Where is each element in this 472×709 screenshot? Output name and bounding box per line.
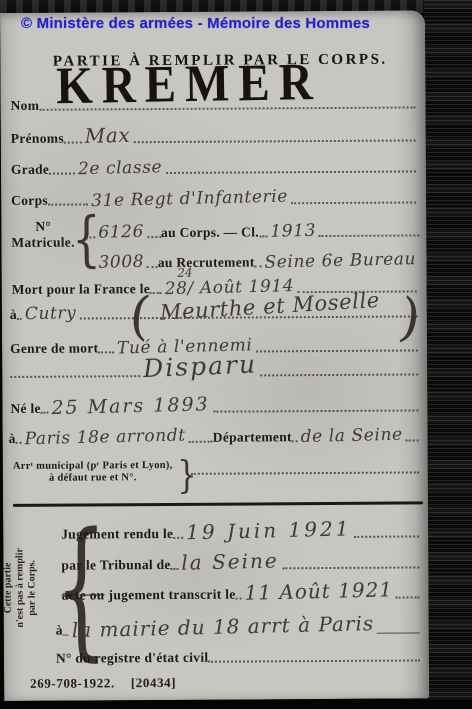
dotted-line — [291, 201, 416, 204]
field-grade: Grade 2e classe — [11, 149, 416, 177]
side-note-line2: n'est pas à remplir — [14, 512, 27, 664]
dotted-line — [166, 170, 416, 174]
dotted-line — [49, 173, 75, 175]
mairie-label: à — [56, 623, 63, 639]
dotted-line — [319, 234, 420, 237]
dotted-line — [189, 441, 213, 443]
dotted-line — [236, 598, 242, 600]
arr-label-line1: Arrᵗ municipal (pʳ Paris et Lyon), — [9, 460, 177, 473]
au-recrutement-label: au Recrutement — [158, 254, 255, 271]
dotted-line — [191, 471, 419, 474]
arr-municipal-label-block: Arrᵗ municipal (pʳ Paris et Lyon), à déf… — [9, 460, 177, 485]
field-registre: N° du registre d'état civil — [56, 638, 420, 666]
record-card: PARTIE À REMPLIR PAR LE CORPS. KREMER No… — [0, 10, 429, 701]
matricule-corps-value: 6126 — [95, 222, 147, 243]
mairie-value: la mairie du 18 arrt à Paris — [69, 611, 378, 642]
lieu-value: Cutry — [22, 303, 80, 324]
ne-lieu-label: à — [9, 431, 16, 447]
microfilm-right-strip — [424, 0, 472, 709]
dotted-line — [406, 439, 419, 441]
transcrit-label-struck: acte ou — [62, 587, 105, 603]
dotted-line — [173, 537, 183, 539]
recrutement-number: 3008 — [95, 252, 147, 273]
nom-label: Nom — [11, 98, 40, 114]
jugement-label: Jugement rendu le — [61, 526, 173, 543]
dotted-line — [208, 659, 420, 662]
prenoms-label: Prénoms — [11, 131, 64, 147]
dotted-line — [260, 373, 418, 376]
field-mairie: à la mairie du 18 arrt à Paris — [56, 608, 420, 638]
corps-value: 31e Regt d'Infanterie — [88, 186, 291, 211]
mort-day-correction: 24 — [177, 265, 193, 279]
field-naissance: Né le 25 Mars 1893 — [10, 388, 418, 416]
jugement-value: 19 Juin 1921 — [183, 516, 355, 544]
dotted-line — [90, 266, 96, 268]
lieu-label: à — [10, 307, 17, 323]
field-prenoms: Prénoms Max — [11, 118, 416, 146]
dotted-line — [147, 266, 158, 268]
field-transcrit: acte ou jugement transcrit le 11 Août 19… — [61, 575, 419, 603]
matricule-label-block: N° Matricule. — [11, 219, 75, 251]
matricule-label-line1: N° — [11, 219, 74, 235]
field-matricule-recrutement: 3008 au Recrutement Seine 6e Bureau — [89, 243, 419, 271]
registre-label: N° du registre d'état civil — [56, 650, 209, 667]
line-segment — [377, 632, 420, 633]
imprint-bracket-number: [20434] — [131, 675, 176, 691]
grade-label: Grade — [11, 162, 49, 178]
dotted-line — [64, 142, 82, 144]
disparu-value: Disparu — [140, 349, 261, 383]
arr-dotted-line-row — [191, 450, 419, 477]
copyright-watermark: © Ministère des armées - Mémoire des Hom… — [21, 15, 370, 32]
field-jugement: Jugement rendu le 19 Juin 1921 — [61, 514, 419, 542]
matricule-label-line2: Matricule. — [11, 235, 74, 251]
dotted-line — [133, 139, 415, 143]
transcrit-value: 11 Août 1921 — [241, 577, 396, 605]
au-corps-label: au Corps. — Cl. — [161, 224, 259, 241]
microfilm-bottom-strip — [0, 700, 472, 709]
tribunal-value: la Seine — [178, 548, 282, 574]
side-note-line1: Cette partie — [2, 512, 15, 664]
ne-value: 25 Mars 1893 — [49, 393, 214, 419]
print-imprint: 269-708-1922. [20434] — [30, 675, 176, 692]
corps-label: Corps — [11, 193, 48, 209]
dotted-line — [355, 535, 420, 537]
dotted-line — [147, 236, 161, 238]
departement-label: Département — [213, 429, 292, 445]
dotted-line — [282, 566, 419, 569]
dotted-line — [10, 375, 140, 378]
ne-lieu-value: Paris 18e arrondt — [21, 425, 189, 449]
field-lieu-naissance: à Paris 18e arrondt Département de la Se… — [8, 418, 418, 447]
grade-value: 2e classe — [75, 157, 166, 179]
ne-label: Né le — [10, 401, 40, 417]
imprint-number: 269-708-1922. — [30, 675, 115, 692]
prenoms-value: Max — [82, 123, 134, 148]
field-matricule-corps: 6126 au Corps. — Cl. 1913 — [89, 213, 419, 241]
surname-handwritten: KREMER — [56, 52, 322, 117]
departement-value: de la Seine — [298, 425, 407, 448]
classe-value: 1913 — [267, 221, 319, 242]
dotted-line — [259, 235, 267, 237]
arr-label-line2: à défaut rue et N°. — [9, 472, 177, 485]
side-note-rotated: Cette partie n'est pas à remplir par le … — [2, 512, 41, 664]
field-tribunal: par le Tribunal de la Seine — [61, 545, 419, 573]
dotted-line — [213, 409, 418, 412]
tribunal-label: par le Tribunal de — [61, 557, 170, 574]
dotted-line — [396, 596, 420, 598]
field-genre-mort-2: Disparu — [10, 346, 418, 380]
transcrit-label: jugement transcrit le — [108, 587, 235, 604]
side-note-line3: par le Corps. — [26, 512, 39, 664]
